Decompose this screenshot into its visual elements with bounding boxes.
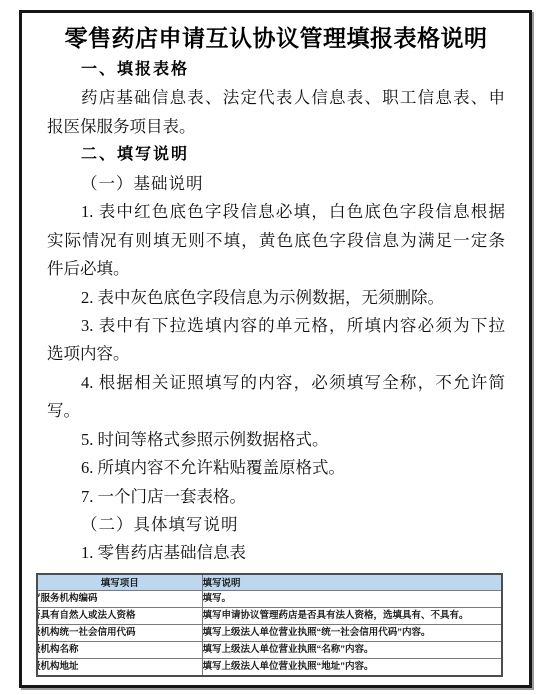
cell-desc: 填写。 [202,590,502,607]
item-3-line-2: 选项内容。 [47,340,505,368]
cell-item: 级机构地址 [37,658,202,676]
cell-item: 级机构统一社会信用代码 [37,624,202,641]
table-row: 否具有自然人或法人资格 填写申请协议管理药店是否具有法人资格，选填具有、不具有。 [37,607,502,624]
item-4-line-2: 写。 [47,397,505,425]
item-7: 7. 一个门店一套表格。 [47,483,505,511]
pharmacy-basic-info-table: 填写项目 填写说明 疗服务机构编码 填写。 否具有自然人或法人资格 填写申请协议… [36,573,503,677]
item-1-line-1: 1. 表中红色底色字段信息必填，白色底色字段信息根据 [47,198,505,226]
item-1-line-2: 实际情况有则填无则不填，黄色底色字段信息为满足一定条 [47,227,505,255]
document-body: 一、填报表格 药店基础信息表、法定代表人信息表、职工信息表、申 报医保服务项目表… [47,56,505,568]
document-page: 零售药店申请互认协议管理填报表格说明 一、填报表格 药店基础信息表、法定代表人信… [19,10,532,688]
heading-fill-in-forms: 一、填报表格 [47,56,505,84]
para-forms-line-2: 报医保服务项目表。 [47,113,505,141]
cell-item: 否具有自然人或法人资格 [37,607,202,624]
item-4-line-1: 4. 根据相关证照填写的内容，必须填写全称，不允许简 [47,369,505,397]
col-header-item: 填写项目 [37,574,202,591]
cell-desc: 填写上级法人单位营业执照“名称”内容。 [202,641,502,658]
table-row: 级机构名称 填写上级法人单位营业执照“名称”内容。 [37,641,502,658]
item-3-line-1: 3. 表中有下拉选填内容的单元格，所填内容必须为下拉 [47,312,505,340]
item-6: 6. 所填内容不允许粘贴覆盖原格式。 [47,454,505,482]
col-header-desc: 填写说明 [202,574,502,591]
item-2: 2. 表中灰色底色字段信息为示例数据，无须删除。 [47,284,505,312]
para-forms-line-1: 药店基础信息表、法定代表人信息表、职工信息表、申 [47,84,505,112]
item-1-line-3: 件后必填。 [47,255,505,283]
table-row: 级机构地址 填写上级法人单位营业执照“地址”内容。 [37,658,502,676]
cell-item: 疗服务机构编码 [37,590,202,607]
item-5: 5. 时间等格式参照示例数据格式。 [47,426,505,454]
subheading-basic-notes: （一）基础说明 [47,170,505,198]
table-row: 疗服务机构编码 填写。 [37,590,502,607]
heading-fill-instructions: 二、填写说明 [47,141,505,169]
cell-desc: 填写上级法人单位营业执照“统一社会信用代码”内容。 [202,624,502,641]
cell-item: 级机构名称 [37,641,202,658]
table-caption: 1. 零售药店基础信息表 [47,539,505,567]
subheading-specific-notes: （二）具体填写说明 [47,511,505,539]
cell-desc: 填写上级法人单位营业执照“地址”内容。 [202,658,502,676]
table-row: 级机构统一社会信用代码 填写上级法人单位营业执照“统一社会信用代码”内容。 [37,624,502,641]
page-title: 零售药店申请互认协议管理填报表格说明 [47,21,505,56]
table-header-row: 填写项目 填写说明 [37,574,502,591]
cell-desc: 填写申请协议管理药店是否具有法人资格，选填具有、不具有。 [202,607,502,624]
